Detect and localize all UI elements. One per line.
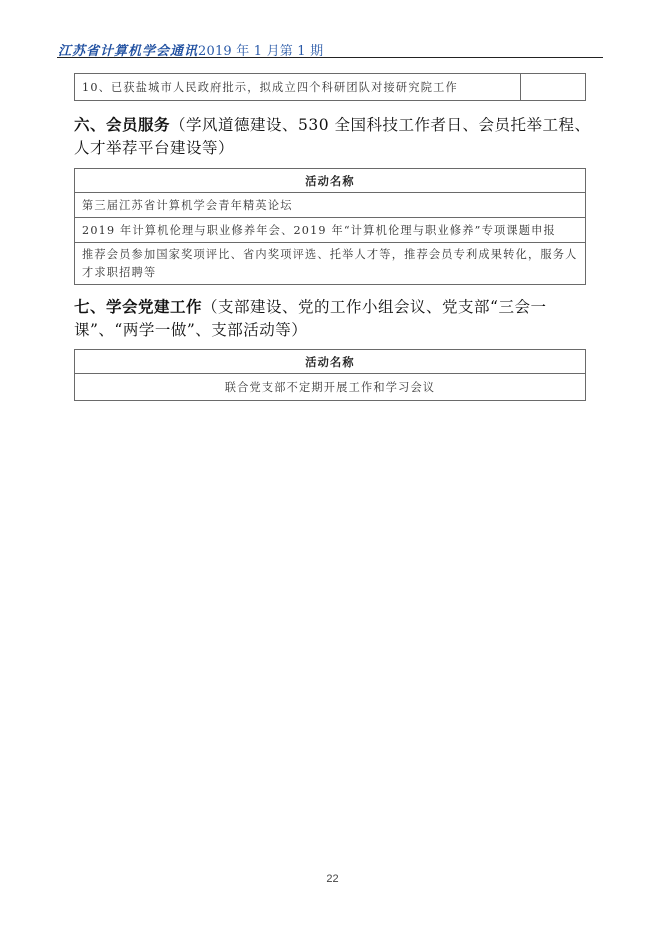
table-cell: 第三届江苏省计算机学会青年精英论坛	[75, 193, 586, 218]
table-row: 联合党支部不定期开展工作和学习会议	[75, 374, 586, 401]
party-building-table: 活动名称 联合党支部不定期开展工作和学习会议	[74, 349, 586, 401]
section-heading-party-building: 七、学会党建工作（支部建设、党的工作小组会议、党支部“三会一课”、“两学一做”、…	[74, 296, 594, 342]
page-number: 22	[0, 873, 665, 885]
table-row: 第三届江苏省计算机学会青年精英论坛	[75, 193, 586, 218]
table-cell: 推荐会员参加国家奖项评比、省内奖项评选、托举人才等，推荐会员专利成果转化，服务人…	[75, 243, 586, 285]
table-header-row: 活动名称	[75, 350, 586, 374]
table-cell: 联合党支部不定期开展工作和学习会议	[75, 374, 586, 401]
table-row: 2019 年计算机伦理与职业修养年会、2019 年“计算机伦理与职业修养”专项课…	[75, 218, 586, 243]
table-row: 推荐会员参加国家奖项评比、省内奖项评选、托举人才等，推荐会员专利成果转化，服务人…	[75, 243, 586, 285]
section-heading-bold: 六、会员服务	[74, 116, 170, 134]
table-header-row: 活动名称	[75, 169, 586, 193]
table-row: 10、已获盐城市人民政府批示，拟成立四个科研团队对接研究院工作	[75, 74, 586, 101]
column-header-activity-name: 活动名称	[75, 350, 586, 374]
table-cell: 2019 年计算机伦理与职业修养年会、2019 年“计算机伦理与职业修养”专项课…	[75, 218, 586, 243]
table-cell-note	[521, 74, 586, 101]
section-heading-member-services: 六、会员服务（学风道德建设、530 全国科技工作者日、会员托举工程、人才举荐平台…	[74, 114, 594, 160]
member-services-table: 活动名称 第三届江苏省计算机学会青年精英论坛 2019 年计算机伦理与职业修养年…	[74, 168, 586, 285]
header-rule	[57, 57, 603, 58]
column-header-activity-name: 活动名称	[75, 169, 586, 193]
table-cell: 10、已获盐城市人民政府批示，拟成立四个科研团队对接研究院工作	[75, 74, 521, 101]
section-heading-bold: 七、学会党建工作	[74, 298, 202, 316]
continued-table: 10、已获盐城市人民政府批示，拟成立四个科研团队对接研究院工作	[74, 73, 586, 101]
